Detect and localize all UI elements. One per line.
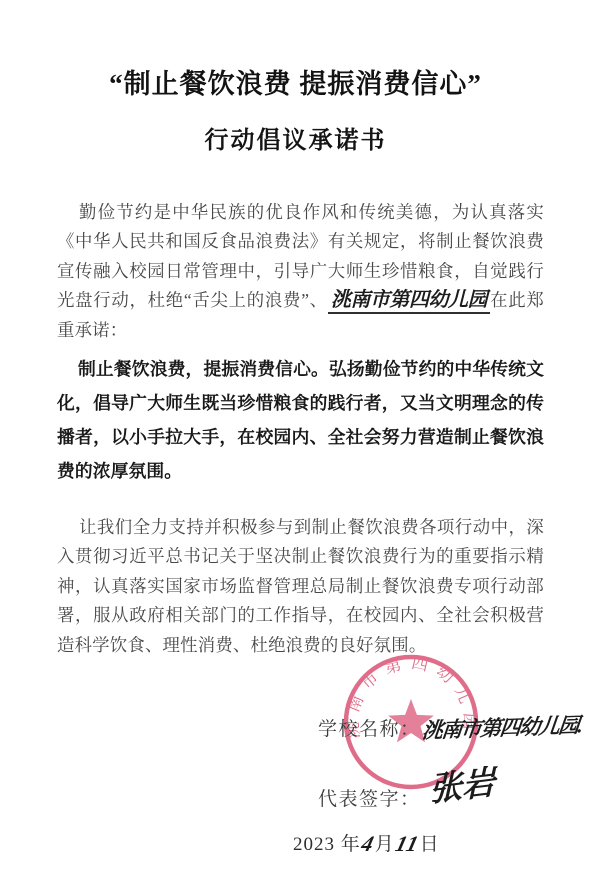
paragraph-intro: 勤俭节约是中华民族的优良作风和传统美德，为认真落实《中华人民共和国反食品浪费法》… — [57, 198, 544, 345]
document-title-line1: “制止餐饮浪费 提振消费信心” — [0, 62, 591, 101]
date-line: 2023 年4月11日 — [293, 829, 440, 856]
date-year: 2023 年 — [293, 834, 361, 855]
signature-label: 代表签字： — [318, 789, 421, 810]
representative-signature-row: 代表签字：张岩 — [318, 768, 495, 815]
handwritten-school-name: 洮南市第四幼儿园. — [420, 709, 583, 745]
scanned-pledge-document: “制止餐饮浪费 提振消费信心” 行动倡议承诺书 勤俭节约是中华民族的优良作风和传… — [0, 0, 591, 886]
school-name-row: 学校名称：洮南市第四幼儿园. — [318, 712, 581, 742]
handwritten-day: 11 — [392, 831, 423, 857]
date-day-unit: 日 — [420, 834, 440, 855]
document-title-line2: 行动倡议承诺书 — [0, 120, 591, 155]
paragraph-pledge: 制止餐饮浪费，提振消费信心。弘扬勤俭节约的中华传统文化，倡导广大师生既当珍惜粮食… — [57, 352, 544, 488]
date-month-unit: 月 — [375, 834, 395, 855]
school-name-label: 学校名称： — [318, 719, 421, 740]
handwritten-school-name-inline: 洮南市第四幼儿园 — [328, 289, 490, 314]
handwritten-signature: 张岩 — [428, 756, 494, 811]
paragraph-action: 让我们全力支持并积极参与到制止餐饮浪费各项行动中，深入贯彻习近平总书记关于坚决制… — [57, 513, 544, 660]
